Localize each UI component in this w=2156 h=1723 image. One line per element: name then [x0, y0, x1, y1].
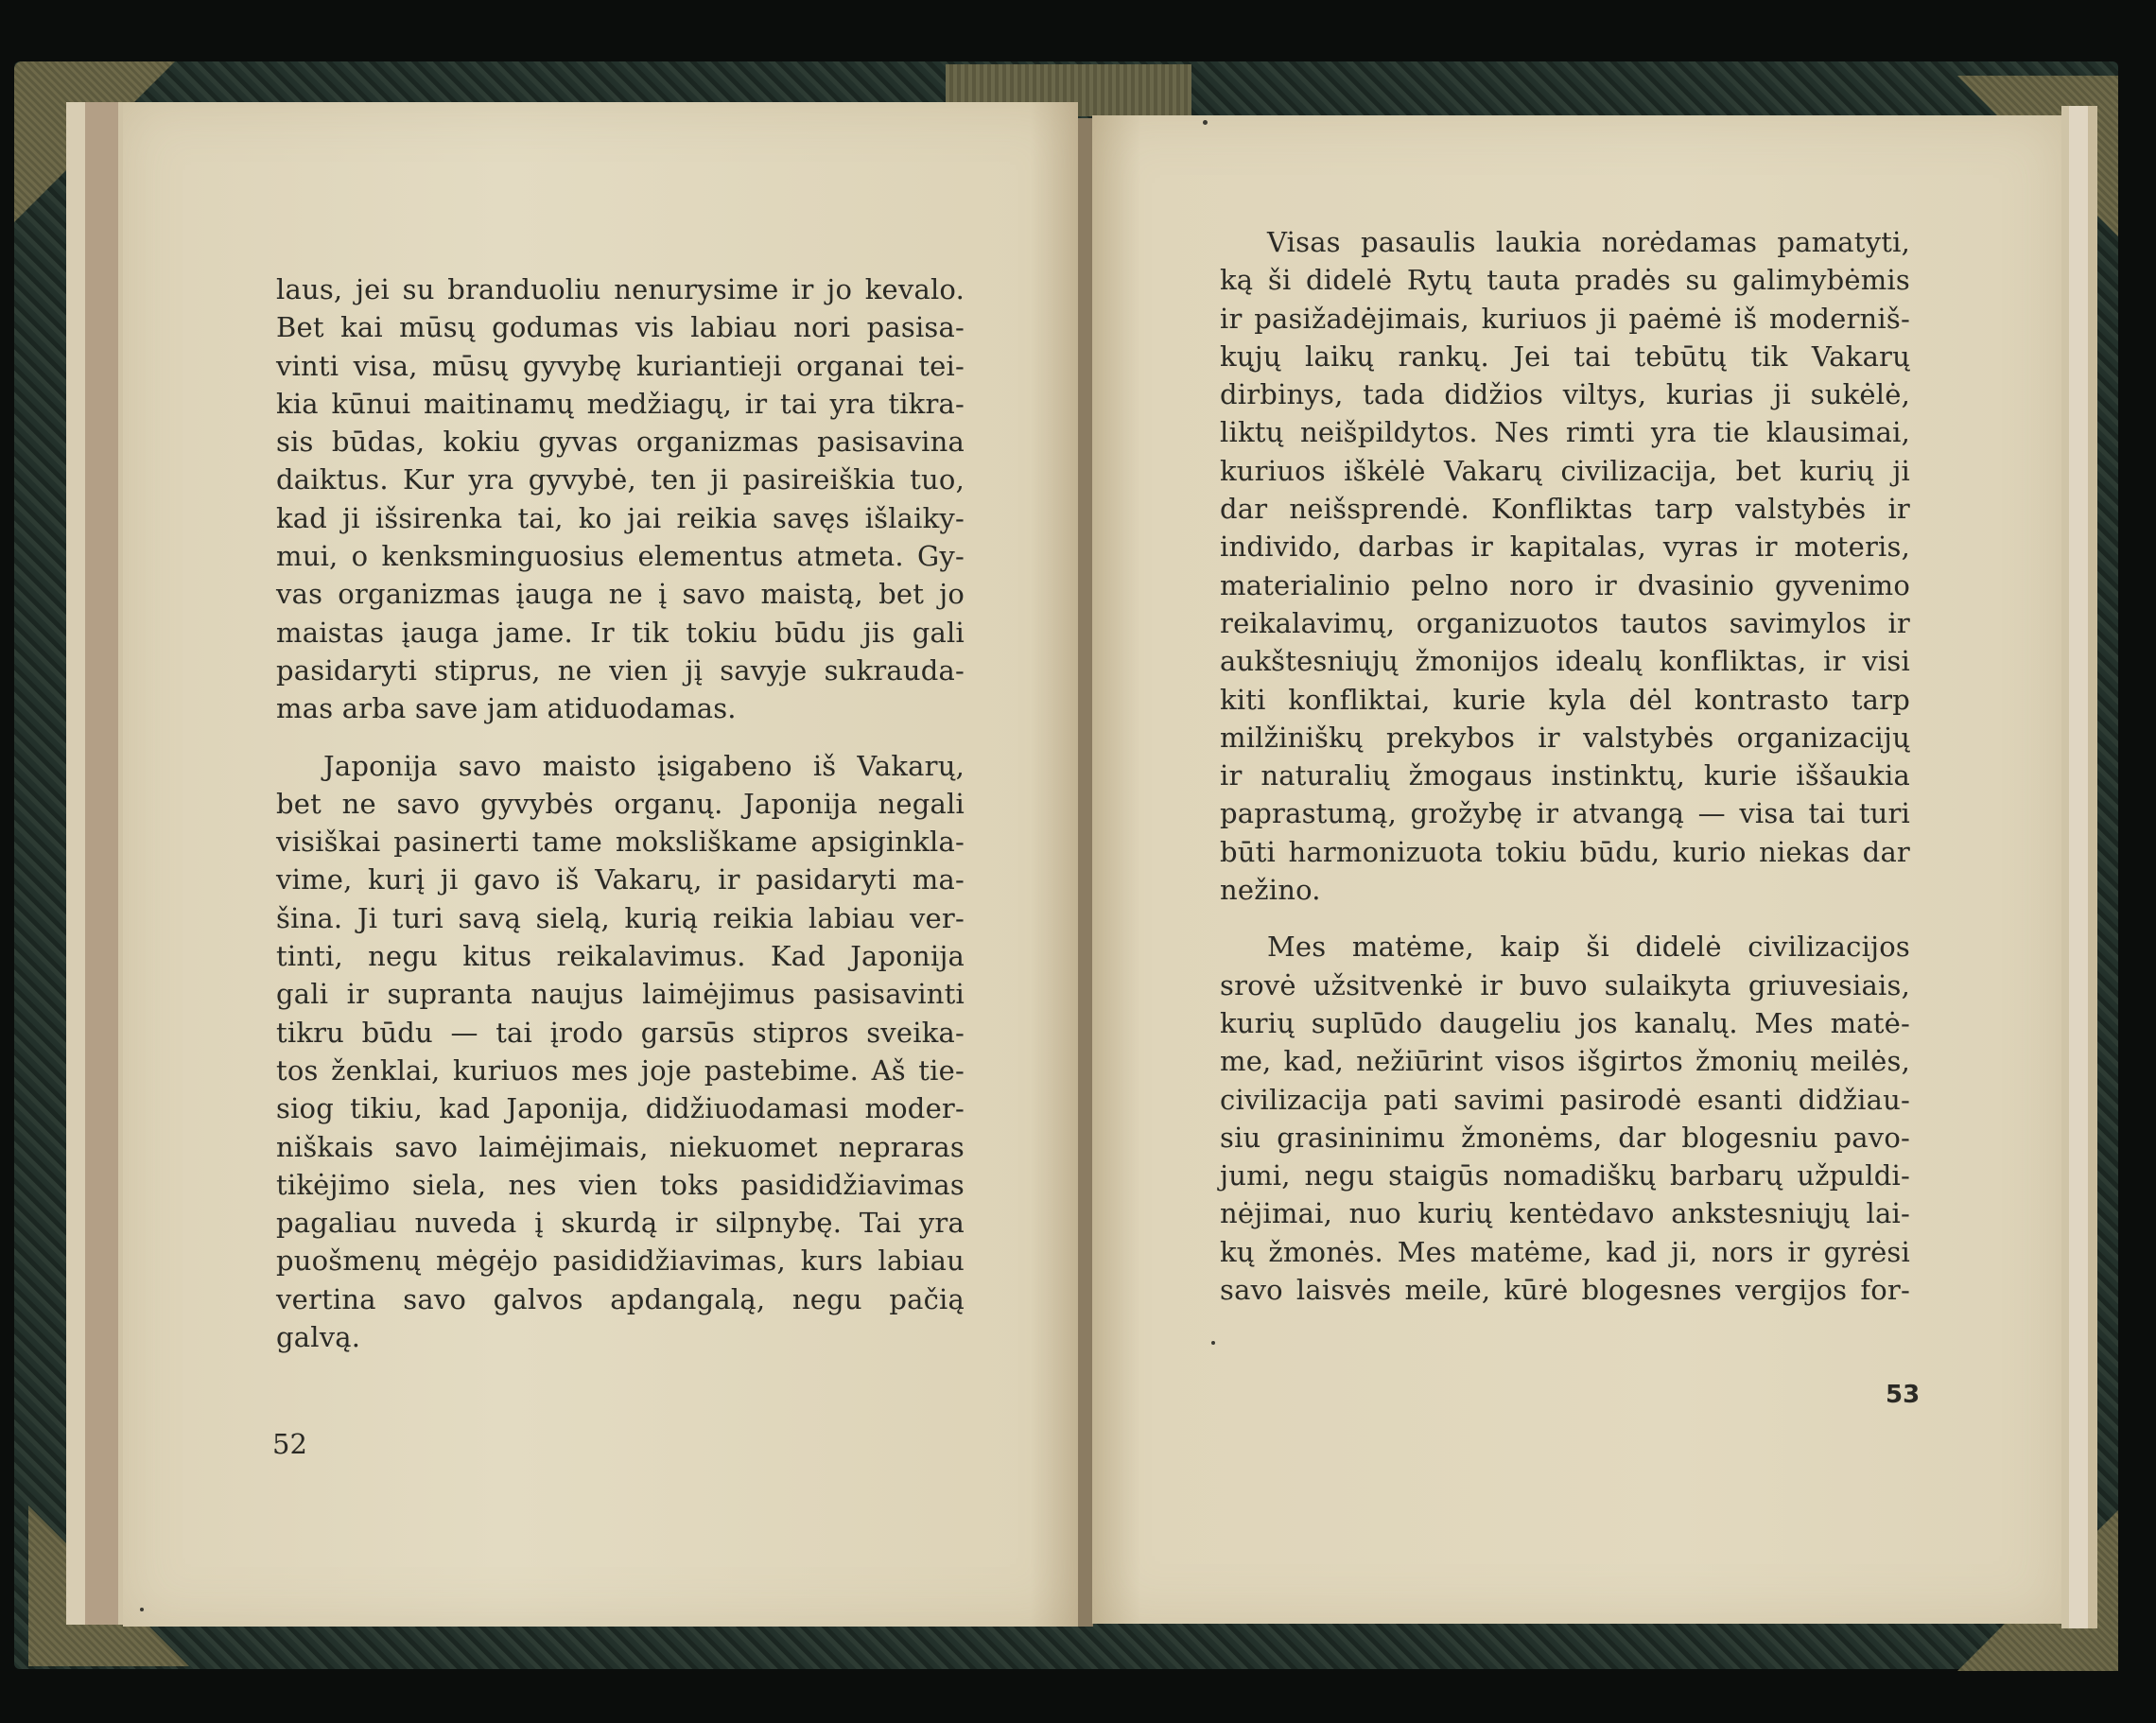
text-line: kųjų laikų rankų. Jei tai tebūtų tik Vak… [1220, 338, 1910, 375]
right-page-text: Visas pasaulis laukia norėdamas pamatyti… [1220, 223, 1910, 1309]
text-line: kiti konfliktai, kurie kyla dėl kontrast… [1220, 681, 1910, 719]
text-line: ką ši didelė Rytų tauta pradės su galimy… [1220, 261, 1910, 299]
text-line: būti harmonizuota tokiu būdu, kurio niek… [1220, 833, 1910, 871]
text-line: dar neišsprendė. Konfliktas tarp valstyb… [1220, 490, 1910, 528]
text-line: siu grasininimu žmonėms, dar blogesniu p… [1220, 1119, 1910, 1157]
paragraph: Mes matėme, kaip ši didelė civilizacijos… [1220, 928, 1910, 1309]
text-line: mui, o kenksminguosius elementus atmeta.… [276, 537, 965, 575]
text-line: Japonija savo maisto įsigabeno iš Vakarų… [276, 747, 965, 785]
text-line: maistas įauga jame. Ir tik tokiu būdu ji… [276, 614, 965, 652]
text-line: aukštesniųjų žmonijos idealų konfliktas,… [1220, 642, 1910, 680]
text-line: materialinio pelno noro ir dvasinio gyve… [1220, 566, 1910, 604]
left-page-text: laus, jei su branduoliu nenurysime ir jo… [276, 270, 965, 1356]
text-line: mas arba save jam atiduodamas. [276, 689, 965, 727]
text-line: tikru būdu — tai įrodo garsūs stipros sv… [276, 1014, 965, 1052]
ink-speck [140, 1608, 144, 1611]
text-line: bet ne savo gyvybės organų. Japonija neg… [276, 785, 965, 823]
page-stack-left [66, 102, 128, 1625]
ink-speck [1203, 120, 1208, 125]
text-line: daiktus. Kur yra gyvybė, ten ji pasireiš… [276, 461, 965, 498]
text-line: savo laisvės meile, kūrė blogesnes vergi… [1220, 1271, 1910, 1309]
page-stack-right [2061, 106, 2097, 1628]
text-line: me, kad, nežiūrint visos išgirtos žmonių… [1220, 1042, 1910, 1080]
text-line: nėjimai, nuo kurių kentėdavo ankstesniųj… [1220, 1194, 1910, 1232]
paragraph-gap [1220, 909, 1910, 928]
text-line: Visas pasaulis laukia norėdamas pamatyti… [1220, 223, 1910, 261]
text-line: laus, jei su branduoliu nenurysime ir jo… [276, 270, 965, 308]
text-line: vas organizmas įauga ne į savo maistą, b… [276, 575, 965, 613]
text-line: siog tikiu, kad Japonija, didžiuodamasi … [276, 1089, 965, 1127]
text-line: galvą. [276, 1318, 965, 1356]
text-line: kų žmonės. Mes matėme, kad ji, nors ir g… [1220, 1233, 1910, 1271]
text-line: vime, kurį ji gavo iš Vakarų, ir pasidar… [276, 861, 965, 898]
text-line: srovė užsitvenkė ir buvo sulaikyta griuv… [1220, 966, 1910, 1004]
paragraph: Japonija savo maisto įsigabeno iš Vakarų… [276, 747, 965, 1357]
text-line: gali ir supranta naujus laimėjimus pasis… [276, 975, 965, 1013]
text-line: individo, darbas ir kapitalas, vyras ir … [1220, 528, 1910, 566]
text-line: tos ženklai, kuriuos mes joje pastebime.… [276, 1052, 965, 1089]
text-line: reikalavimų, organizuotos tautos savimyl… [1220, 604, 1910, 642]
text-line: šina. Ji turi savą sielą, kurią reikia l… [276, 899, 965, 937]
page-number-left: 52 [272, 1428, 307, 1460]
text-line: civilizacija pati savimi pasirodė esanti… [1220, 1081, 1910, 1119]
text-line: ir pasižadėjimais, kuriuos ji paėmė iš m… [1220, 300, 1910, 338]
text-line: sis būdas, kokiu gyvas organizmas pasisa… [276, 423, 965, 461]
text-line: liktų neišpildytos. Nes rimti yra tie kl… [1220, 413, 1910, 451]
page-number-right: 53 [1886, 1381, 1920, 1409]
text-line: vinti visa, mūsų gyvybę kuriantieji orga… [276, 347, 965, 385]
text-line: ir naturalių žmogaus instinktų, kurie iš… [1220, 757, 1910, 794]
text-line: Mes matėme, kaip ši didelė civilizacijos [1220, 928, 1910, 966]
text-line: visiškai pasinerti tame moksliškame apsi… [276, 823, 965, 861]
text-line: tikėjimo siela, nes vien toks pasididžia… [276, 1166, 965, 1204]
paragraph: Visas pasaulis laukia norėdamas pamatyti… [1220, 223, 1910, 909]
text-line: pasidaryti stiprus, ne vien jį savyje su… [276, 652, 965, 689]
text-line: tinti, negu kitus reikalavimus. Kad Japo… [276, 937, 965, 975]
text-line: vertina savo galvos apdangalą, negu pači… [276, 1280, 965, 1318]
paragraph: laus, jei su branduoliu nenurysime ir jo… [276, 270, 965, 728]
paragraph-gap [276, 728, 965, 747]
text-line: kuriuos iškėlė Vakarų civilizacija, bet … [1220, 452, 1910, 490]
gutter [1078, 118, 1093, 1627]
ink-speck [1211, 1341, 1215, 1345]
text-line: niškais savo laimėjimais, niekuomet nepr… [276, 1128, 965, 1166]
text-line: kad ji išsirenka tai, ko jai reikia savę… [276, 499, 965, 537]
text-line: pagaliau nuveda į skurdą ir silpnybę. Ta… [276, 1204, 965, 1242]
text-line: kurių suplūdo daugeliu jos kanalų. Mes m… [1220, 1004, 1910, 1042]
text-line: Bet kai mūsų godumas vis labiau nori pas… [276, 308, 965, 346]
text-line: jumi, negu staigūs nomadiškų barbarų užp… [1220, 1157, 1910, 1194]
text-line: kia kūnui maitinamų medžiagų, ir tai yra… [276, 385, 965, 423]
text-line: nežino. [1220, 871, 1910, 909]
text-line: dirbinys, tada didžios viltys, kurias ji… [1220, 375, 1910, 413]
text-line: milžiniškų prekybos ir valstybės organiz… [1220, 719, 1910, 757]
text-line: puošmenų mėgėjo pasididžiavimas, kurs la… [276, 1242, 965, 1279]
text-line: paprastumą, grožybę ir atvangą — visa ta… [1220, 794, 1910, 832]
